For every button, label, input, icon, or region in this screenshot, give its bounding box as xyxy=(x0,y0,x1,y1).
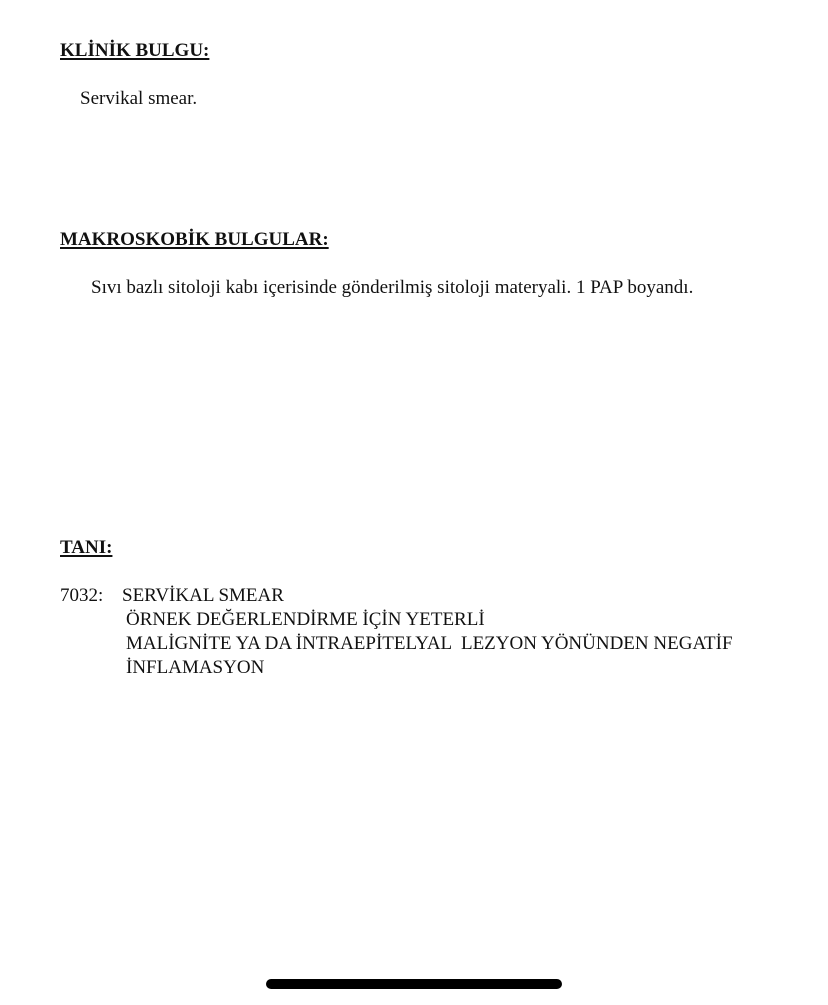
diagnosis-heading: TANI: xyxy=(60,537,112,559)
clinical-findings-text: Servikal smear. xyxy=(80,88,197,110)
macroscopic-findings-heading: MAKROSKOBİK BULGULAR: xyxy=(60,229,329,251)
diagnosis-line: SERVİKAL SMEAR xyxy=(122,584,729,608)
diagnosis-code: 7032: xyxy=(60,584,103,608)
diagnosis-lines: SERVİKAL SMEAR ÖRNEK DEĞERLENDİRME İÇİN … xyxy=(122,584,729,680)
diagnosis-line: MALİGNİTE YA DA İNTRAEPİTELYAL LEZYON YÖ… xyxy=(126,632,733,656)
diagnosis-line: İNFLAMASYON xyxy=(126,656,733,680)
home-indicator[interactable] xyxy=(266,979,562,989)
clinical-findings-heading: KLİNİK BULGU: xyxy=(60,40,209,62)
macroscopic-findings-text: Sıvı bazlı sitoloji kabı içerisinde gönd… xyxy=(91,277,693,299)
diagnosis-line: ÖRNEK DEĞERLENDİRME İÇİN YETERLİ xyxy=(126,608,733,632)
